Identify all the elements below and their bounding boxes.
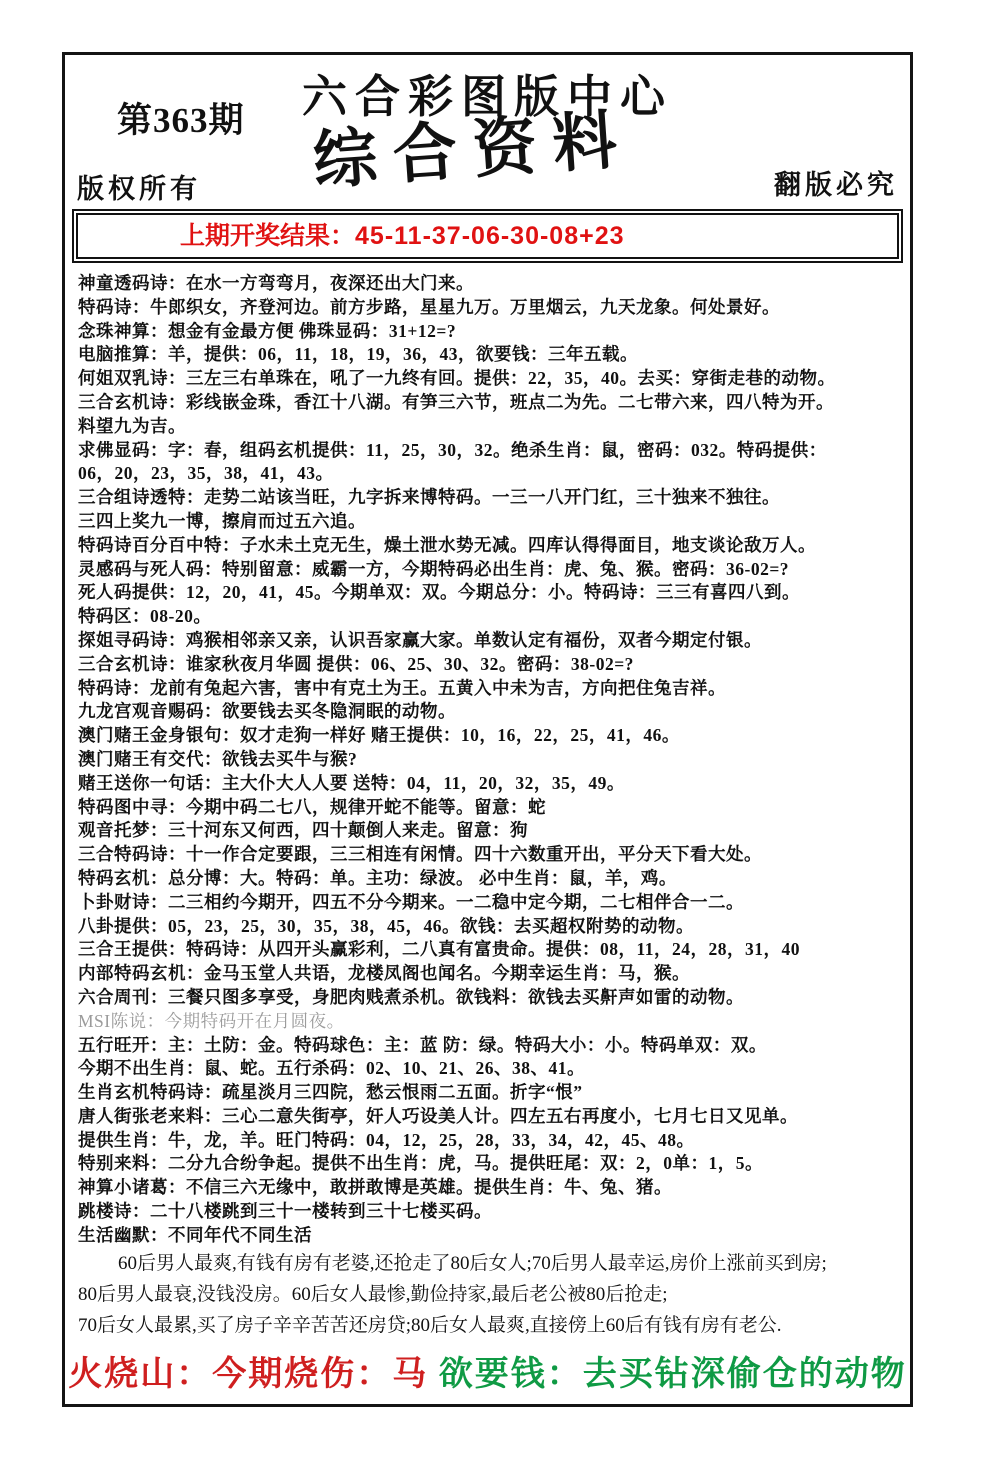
body-line: 三合王提供：特码诗：从四开头赢彩利，二八真有富贵命。提供：08，11，24，28…	[78, 938, 906, 962]
body-line: 06，20，23，35，38，41，43。	[78, 462, 906, 486]
copyright-right: 翻版必究	[774, 163, 898, 202]
result-label: 上期开奖结果：	[180, 223, 355, 250]
body-line: 料望九为吉。	[78, 415, 906, 439]
last-draw-result-banner: 上期开奖结果：45-11-37-06-30-08+23	[72, 209, 903, 263]
body-line: 灵感码与死人码：特别留意：威霸一方，今期特码必出生肖：虎、兔、猴。密码：36-0…	[78, 558, 906, 582]
body-line: 神童透码诗：在水一方弯弯月，夜深还出大门来。	[78, 272, 906, 296]
footer-strip: 火烧山：今期烧伤：马 欲要钱：去买钻深偷仓的动物	[65, 1350, 910, 1404]
body-line: 生肖玄机特码诗：疏星淡月三四院，愁云恨雨二五面。折字“恨”	[78, 1081, 906, 1105]
body-line: 探姐寻码诗：鸡猴相邻亲又亲，认识吾家赢大家。单数认定有福份，双者今期定付银。	[78, 629, 906, 653]
body-line: 唐人街张老来料：三心二意失街亭，奸人巧设美人计。四左五右再度小，七月七日又见单。	[78, 1105, 906, 1129]
body-line: 三四上奖九一博，擦肩而过五六追。	[78, 510, 906, 534]
body-line: 卜卦财诗：二三相约今期开，四五不分今期来。一二稳中定今期，二七相伴合一二。	[78, 891, 906, 915]
footer-green-text: 欲要钱：去买钻深偷仓的动物	[439, 1356, 907, 1393]
body-line: 电脑推算：羊，提供：06，11，18，19，36，43，欲要钱：三年五载。	[78, 343, 906, 367]
body-line: 特码诗：牛郎织女，齐登河边。前方步路，星星九万。万里烟云，九天龙象。何处景好。	[78, 296, 906, 320]
body-line: 80后男人最衰,没钱没房。60后女人最惨,勤俭持家,最后老公被80后抢走;	[78, 1279, 906, 1310]
body-line: 三合玄机诗：彩线嵌金珠，香江十八湖。有笋三六节，班点二为先。二七带六来，四八特为…	[78, 391, 906, 415]
body-line: 何姐双乳诗：三左三右单珠在，吼了一九终有回。提供：22，35，40。去买：穿街走…	[78, 367, 906, 391]
body-line: 五行旺开：主：土防：金。特码球色：主：蓝 防：绿。特码大小：小。特码单双：双。	[78, 1034, 906, 1058]
body-line: 澳门赌王金身银句：奴才走狗一样好 赌王提供：10，16，22，25，41，46。	[78, 724, 906, 748]
last-draw-result-inner: 上期开奖结果：45-11-37-06-30-08+23	[76, 213, 899, 259]
body-line: 神算小诸葛：不信三六无缘中，敢拼敢博是英雄。提供生肖：牛、兔、猪。	[78, 1176, 906, 1200]
body-line: 赌王送你一句话：主大仆大人人要 送特：04，11，20，32，35，49。	[78, 772, 906, 796]
body-line: 特别来料：二分九合纷争起。提供不出生肖：虎，马。提供旺尾：双：2，0单：1，5。	[78, 1152, 906, 1176]
body-line: 今期不出生肖：鼠、蛇。五行杀码：02、10、21、26、38、41。	[78, 1057, 906, 1081]
body-line: 特码图中寻：今期中码二七八，规律开蛇不能等。留意：蛇	[78, 796, 906, 820]
body-line: 70后女人最累,买了房子辛辛苦苦还房贷;80后女人最爽,直接傍上60后有钱有房有…	[78, 1310, 906, 1341]
body-line: 澳门赌王有交代：欲钱去买牛与猴?	[78, 748, 906, 772]
header: 六合彩图版中心 第363期 综合资料 版权所有 翻版必究	[65, 55, 910, 207]
main-border-box: 六合彩图版中心 第363期 综合资料 版权所有 翻版必究 上期开奖结果：45-1…	[62, 52, 913, 1407]
body-line: 死人码提供：12，20，41，45。今期单双：双。今期总分：小。特码诗：三三有喜…	[78, 581, 906, 605]
body-line: 求佛显码：字：春，组码玄机提供：11，25，30，32。绝杀生肖：鼠，密码：03…	[78, 439, 906, 463]
body-line: 跳楼诗：二十八楼跳到三十一楼转到三十七楼买码。	[78, 1200, 906, 1224]
lottery-info-sheet: 六合彩图版中心 第363期 综合资料 版权所有 翻版必究 上期开奖结果：45-1…	[0, 0, 984, 1457]
body-line: 提供生肖：牛，龙，羊。旺门特码：04，12，25，28，33，34，42，45、…	[78, 1129, 906, 1153]
body-line: 特码玄机：总分博：大。特码：单。主功：绿波。 必中生肖：鼠，羊，鸡。	[78, 867, 906, 891]
body-line: 生活幽默：不同年代不同生活	[78, 1224, 906, 1248]
body-line: 六合周刊：三餐只图多享受，身肥肉贱煮杀机。欲钱料：欲钱去买鼾声如雷的动物。	[78, 986, 906, 1010]
body-line: 观音托梦：三十河东又何西，四十颠倒人来走。留意：狗	[78, 819, 906, 843]
body-line: 九龙宫观音赐码：欲要钱去买冬隐洞眠的动物。	[78, 700, 906, 724]
body-line: 三合特码诗：十一作合定要跟，三三相连有闲情。四十六数重开出，平分天下看大处。	[78, 843, 906, 867]
body-line: 内部特码玄机：金马玉堂人共语，龙楼凤阁也闻名。今期幸运生肖：马，猴。	[78, 962, 906, 986]
body-line: 60后男人最爽,有钱有房有老婆,还抢走了80后女人;70后男人最幸运,房价上涨前…	[78, 1248, 906, 1279]
body-line: MSI陈说：今期特码开在月圆夜。	[78, 1010, 906, 1034]
footer-red-text: 火烧山：今期烧伤：马	[68, 1356, 439, 1393]
copyright-left: 版权所有	[77, 167, 201, 206]
body-line: 特码区：08-20。	[78, 605, 906, 629]
body-lines: 神童透码诗：在水一方弯弯月，夜深还出大门来。特码诗：牛郎织女，齐登河边。前方步路…	[65, 263, 910, 1341]
result-numbers: 45-11-37-06-30-08+23	[355, 222, 625, 250]
body-line: 特码诗：龙前有兔起六害，害中有克土为王。五黄入中未为吉，方向把住兔吉祥。	[78, 677, 906, 701]
body-line: 特码诗百分百中特：子水未土克无生，燥土泄水势无减。四库认得得面目，地支谈论敌万人…	[78, 534, 906, 558]
body-line: 念珠神算：想金有金最方便 佛珠显码：31+12=?	[78, 320, 906, 344]
body-line: 三合玄机诗：谁家秋夜月华圆 提供：06、25、30、32。密码：38-02=?	[78, 653, 906, 677]
body-line: 三合组诗透特：走势二站该当旺，九字拆来博特码。一三一八开门红，三十独来不独往。	[78, 486, 906, 510]
body-line: 八卦提供：05，23，25，30，35，38，45，46。欲钱：去买超权附势的动…	[78, 915, 906, 939]
